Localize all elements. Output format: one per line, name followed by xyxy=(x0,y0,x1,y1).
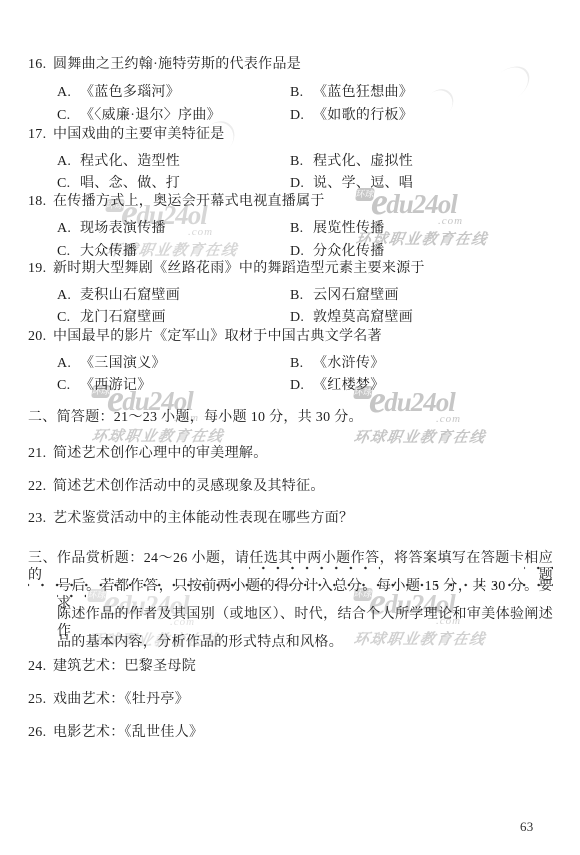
option-a: A.《三国演义》 xyxy=(57,352,166,372)
option-text: 《水浒传》 xyxy=(313,356,385,371)
question-20-options-ab: A.《三国演义》 B.《水浒传》 xyxy=(0,352,580,372)
option-label: B. xyxy=(290,221,313,237)
edu24ol-logo: 环球 e du24ol xyxy=(356,187,516,221)
question-number: 22. xyxy=(28,479,53,496)
option-label: B. xyxy=(290,85,313,101)
option-label: D. xyxy=(290,244,313,260)
option-text: 《如歌的行板》 xyxy=(313,108,413,123)
edu24ol-watermark: 环球 e du24ol .com 环球职业教育在线 xyxy=(354,385,514,447)
option-b: B.《蓝色狂想曲》 xyxy=(290,81,413,101)
option-d: D.《如歌的行板》 xyxy=(290,104,413,124)
option-text: 《西游记》 xyxy=(80,378,152,393)
option-text: 说、学、逗、唱 xyxy=(313,176,413,191)
option-label: C. xyxy=(57,108,80,124)
option-label: D. xyxy=(290,378,313,394)
page-number: 63 xyxy=(520,819,534,835)
section-2-heading: 二、简答题：21～23 小题，每小题 10 分，共 30 分。 xyxy=(28,410,363,427)
question-number: 17. xyxy=(28,127,53,144)
question-16-options-cd: C.《〈威廉·退尔〉序曲》 D.《如歌的行板》 xyxy=(0,104,580,124)
question-text: 中国最早的影片《定军山》取材于中国古典文学名著 xyxy=(53,329,382,344)
option-text: 敦煌莫高窟壁画 xyxy=(313,310,413,325)
option-label: D. xyxy=(290,176,313,192)
question-22: 22.简述艺术创作活动中的灵感现象及其特征。 xyxy=(28,479,325,496)
question-number: 26. xyxy=(28,725,53,742)
question-number: 20. xyxy=(28,329,53,346)
question-number: 23. xyxy=(28,511,53,528)
option-label: A. xyxy=(57,85,80,101)
option-a: A.程式化、造型性 xyxy=(57,150,180,170)
option-b: B.云冈石窟壁画 xyxy=(290,284,399,304)
question-18-options-cd: C.大众传播 D.分众化传播 xyxy=(0,240,580,260)
option-text: 展览性传播 xyxy=(313,221,385,236)
option-label: A. xyxy=(57,221,80,237)
question-16-options-ab: A.《蓝色多瑙河》 B.《蓝色狂想曲》 xyxy=(0,81,580,101)
option-text: 程式化、造型性 xyxy=(80,154,180,169)
option-label: C. xyxy=(57,310,80,326)
question-number: 25. xyxy=(28,692,53,709)
option-label: A. xyxy=(57,154,80,170)
option-text: 分众化传播 xyxy=(313,244,385,259)
section-3-text: ，将答案填写在答题卡 xyxy=(380,551,525,566)
option-text: 龙门石窟壁画 xyxy=(80,310,166,325)
question-19-options-cd: C.龙门石窟壁画 D.敦煌莫高窟壁画 xyxy=(0,306,580,326)
option-text: 《红楼梦》 xyxy=(313,378,385,393)
option-a: A.《蓝色多瑙河》 xyxy=(57,81,180,101)
edu24ol-tagline: 环球职业教育在线 xyxy=(90,425,254,446)
option-c: C.《西游记》 xyxy=(57,374,152,394)
option-a: A.现场表演传播 xyxy=(57,217,166,237)
question-17-options-ab: A.程式化、造型性 B.程式化、虚拟性 xyxy=(0,150,580,170)
question-text: 圆舞曲之王约翰·施特劳斯的代表作品是 xyxy=(53,57,301,72)
question-24: 24.建筑艺术：巴黎圣母院 xyxy=(28,659,196,676)
option-c: C.唱、念、做、打 xyxy=(57,172,180,192)
question-20-stem: 20.中国最早的影片《定军山》取材于中国古典文学名著 xyxy=(28,329,382,346)
option-text: 大众传播 xyxy=(80,244,137,259)
question-number: 18. xyxy=(28,194,53,211)
question-text: 中国戏曲的主要审美特征是 xyxy=(53,127,225,142)
question-18-stem: 18.在传播方式上，奥运会开幕式电视直播属于 xyxy=(28,194,325,211)
option-b: B.《水浒传》 xyxy=(290,352,385,372)
question-text: 建筑艺术：巴黎圣母院 xyxy=(53,659,196,674)
option-text: 程式化、虚拟性 xyxy=(313,154,413,169)
option-label: C. xyxy=(57,244,80,260)
question-text: 戏曲艺术：《牡丹亭》 xyxy=(53,692,189,707)
question-text: 在传播方式上，奥运会开幕式电视直播属于 xyxy=(53,194,325,209)
edu24ol-logo-text: du24ol xyxy=(386,187,457,221)
question-text: 艺术鉴赏活动中的主体能动性表现在哪些方面？ xyxy=(53,511,353,526)
option-text: 《蓝色多瑙河》 xyxy=(80,85,180,100)
option-c: C.大众传播 xyxy=(57,240,137,260)
question-23: 23.艺术鉴赏活动中的主体能动性表现在哪些方面？ xyxy=(28,511,353,528)
question-number: 16. xyxy=(28,57,53,74)
section-3-heading-line-4: 品的基本内容，分析作品的形式特点和风格。 xyxy=(57,635,553,652)
question-number: 21. xyxy=(28,446,53,463)
section-3-text: 三、作品赏析题：24～26 小题，请 xyxy=(28,551,249,566)
option-text: 麦积山石窟壁画 xyxy=(80,288,180,303)
question-number: 24. xyxy=(28,659,53,676)
question-17-options-cd: C.唱、念、做、打 D.说、学、逗、唱 xyxy=(0,172,580,192)
question-26: 26.电影艺术：《乱世佳人》 xyxy=(28,725,203,742)
edu24ol-domain-suffix: .com xyxy=(436,413,514,425)
option-d: D.《红楼梦》 xyxy=(290,374,385,394)
option-text: 云冈石窟壁画 xyxy=(313,288,399,303)
question-18-options-ab: A.现场表演传播 B.展览性传播 xyxy=(0,217,580,237)
option-d: D.分众化传播 xyxy=(290,240,385,260)
option-d: D.说、学、逗、唱 xyxy=(290,172,413,192)
option-label: B. xyxy=(290,356,313,372)
option-label: C. xyxy=(57,378,80,394)
question-19-options-ab: A.麦积山石窟壁画 B.云冈石窟壁画 xyxy=(0,284,580,304)
option-a: A.麦积山石窟壁画 xyxy=(57,284,180,304)
question-text: 简述艺术创作活动中的灵感现象及其特征。 xyxy=(53,479,325,494)
option-label: B. xyxy=(290,154,313,170)
question-17-stem: 17.中国戏曲的主要审美特征是 xyxy=(28,127,225,144)
option-b: B.程式化、虚拟性 xyxy=(290,150,413,170)
question-19-stem: 19.新时期大型舞剧《丝路花雨》中的舞蹈造型元素主要来源于 xyxy=(28,261,425,278)
option-c: C.龙门石窟壁画 xyxy=(57,306,166,326)
option-text: 现场表演传播 xyxy=(80,221,166,236)
exam-paper-page: 环球 e du24ol .com 环球职业教育在线 环球 e du24ol .c… xyxy=(0,0,580,855)
question-16-stem: 16.圆舞曲之王约翰·施特劳斯的代表作品是 xyxy=(28,57,301,74)
option-c: C.《〈威廉·退尔〉序曲》 xyxy=(57,104,221,124)
question-21: 21.简述艺术创作心理中的审美理解。 xyxy=(28,446,268,463)
question-text: 新时期大型舞剧《丝路花雨》中的舞蹈造型元素主要来源于 xyxy=(53,261,425,276)
option-text: 《蓝色狂想曲》 xyxy=(313,85,413,100)
option-text: 《〈威廉·退尔〉序曲》 xyxy=(80,108,221,123)
question-25: 25.戏曲艺术：《牡丹亭》 xyxy=(28,692,189,709)
question-text: 电影艺术：《乱世佳人》 xyxy=(53,725,203,740)
edu24ol-tagline: 环球职业教育在线 xyxy=(352,426,516,447)
option-label: B. xyxy=(290,288,313,304)
question-text: 简述艺术创作心理中的审美理解。 xyxy=(53,446,268,461)
option-text: 《三国演义》 xyxy=(80,356,166,371)
option-text: 唱、念、做、打 xyxy=(80,176,180,191)
option-label: D. xyxy=(290,108,313,124)
question-number: 19. xyxy=(28,261,53,278)
option-label: A. xyxy=(57,288,80,304)
option-b: B.展览性传播 xyxy=(290,217,385,237)
option-d: D.敦煌莫高窟壁画 xyxy=(290,306,413,326)
option-label: D. xyxy=(290,310,313,326)
option-label: C. xyxy=(57,176,80,192)
question-20-options-cd: C.《西游记》 D.《红楼梦》 xyxy=(0,374,580,394)
option-label: A. xyxy=(57,356,80,372)
